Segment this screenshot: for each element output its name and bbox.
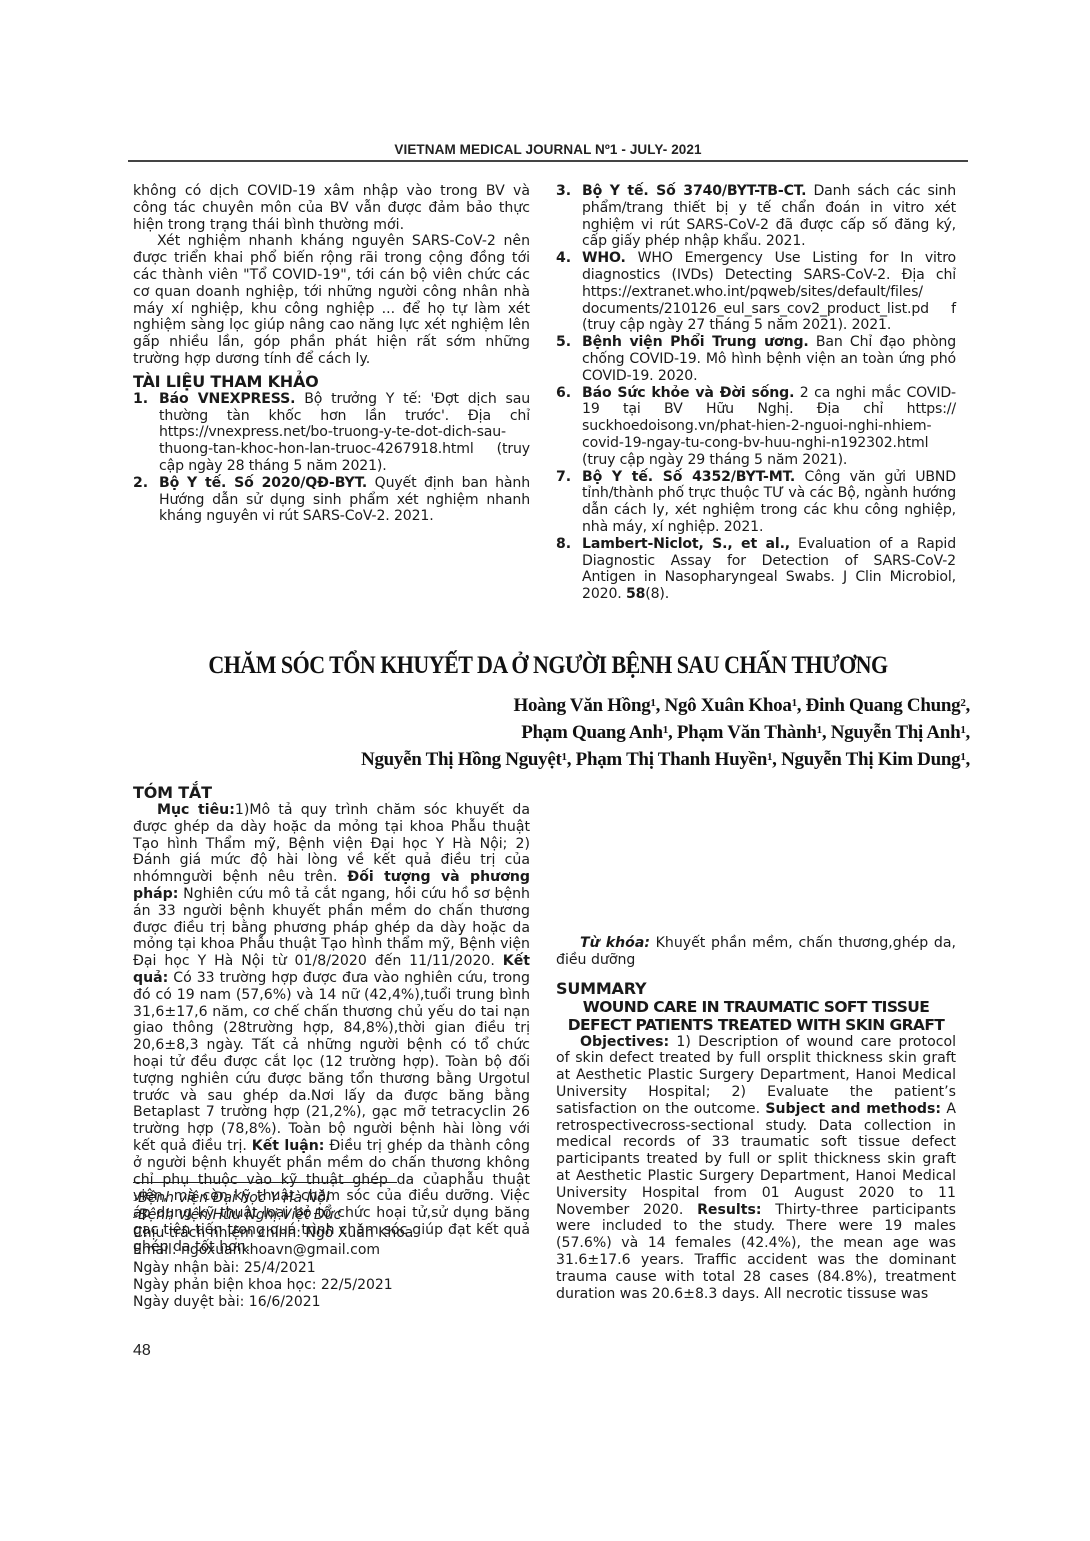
references-list: 3. Bộ Y tế. Số 3740/BYT-TB-CT. Danh sách… [556, 183, 956, 603]
affiliation-mark: 1 [562, 751, 567, 763]
affiliation-footnote: 2Bệnh viện Hữu Nghị Việt Đức [133, 1207, 533, 1224]
footnotes: 1Bệnh viện Đại học Y Hà Nội 2Bệnh viện H… [133, 1190, 533, 1312]
reference-item: 4. WHO. WHO Emergency Use Listing for In… [556, 250, 956, 334]
reference-item: 2. Bộ Y tế. Số 2020/QĐ-BYT. Quyết định b… [133, 475, 530, 525]
author-name: Ngô Xuân Khoa [665, 695, 792, 716]
reference-author: Lambert-Niclot, S., et al., [582, 536, 790, 552]
affiliation-text: Bệnh viện Đại học Y Hà Nội [138, 1190, 329, 1206]
email: Email: ngoxuankhoavn@gmail.com [133, 1242, 533, 1259]
body-paragraph: Xét nghiệm nhanh kháng nguyên SARS-CoV-2… [133, 233, 530, 367]
date-reviewed: Ngày phản biện khoa học: 22/5/2021 [133, 1277, 533, 1294]
date-received: Ngày nhận bài: 25/4/2021 [133, 1260, 533, 1277]
affiliation-mark: 1 [960, 751, 965, 763]
reference-item: 7. Bộ Y tế. Số 4352/BYT-MT. Công văn gửi… [556, 469, 956, 536]
reference-number: 6. [556, 385, 582, 469]
english-title-line: DEFECT PATIENTS TREATED WITH SKIN GRAFT [556, 1016, 956, 1034]
results-text: Có 33 trường hợp được đưa vào nghiên cứu… [133, 970, 530, 1154]
reference-author: Báo Sức khỏe và Đời sống. [582, 385, 794, 401]
reference-item: 6. Báo Sức khỏe và Đời sống. 2 ca nghi m… [556, 385, 956, 469]
affiliation-mark: 1 [650, 697, 655, 709]
reference-item: 8. Lambert-Niclot, S., et al., Evaluatio… [556, 536, 956, 603]
reference-item: 5. Bệnh viện Phổi Trung ương. Ban Chỉ đạ… [556, 334, 956, 384]
reference-author: Bộ Y tế. Số 3740/BYT-TB-CT. [582, 183, 806, 199]
summary-heading: SUMMARY [556, 979, 956, 998]
affiliation-mark: 1 [792, 697, 797, 709]
abstract-vi-column: TÓM TẮT Mục tiêu:1)Mô tả quy trình chăm … [133, 783, 530, 1256]
abstract-en-paragraph: Objectives: 1) Description of wound care… [556, 1034, 956, 1303]
affiliation-footnote: 1Bệnh viện Đại học Y Hà Nội [133, 1190, 533, 1207]
reference-author: WHO. [582, 250, 626, 266]
author-name: Phạm Quang Anh [521, 722, 663, 743]
author-name: Nguyễn Thị Hồng Nguyệt [361, 749, 562, 770]
running-header: VIETNAM MEDICAL JOURNAL Nº1 - JULY- 2021 [128, 142, 968, 162]
reference-author: Bộ Y tế. Số 4352/BYT-MT. [582, 469, 795, 485]
body-paragraph: không có dịch COVID-19 xâm nhập vào tron… [133, 183, 530, 233]
author-name: Đinh Quang Chung [806, 695, 961, 716]
reference-number: 5. [556, 334, 582, 384]
abstract-right-column: Từ khóa: Khuyết phần mềm, chấn thương,gh… [556, 783, 956, 1302]
reference-number: 3. [556, 183, 582, 250]
affiliation-mark: 1 [960, 724, 965, 736]
footnote-rule [133, 1182, 397, 1183]
reference-number: 8. [556, 536, 582, 603]
reference-number: 7. [556, 469, 582, 536]
article-title: CHĂM SÓC TỔN KHUYẾT DA Ở NGƯỜI BỆNH SAU … [178, 652, 917, 680]
reference-item: 3. Bộ Y tế. Số 3740/BYT-TB-CT. Danh sách… [556, 183, 956, 250]
author-list: Hoàng Văn Hồng1, Ngô Xuân Khoa1, Đinh Qu… [150, 692, 970, 773]
header-rule [128, 160, 968, 162]
keywords-label: Từ khóa: [580, 935, 650, 951]
methods-text: A retrospectivecross-sectional study. Da… [556, 1101, 956, 1218]
reference-author: Báo VNEXPRESS. [159, 391, 295, 407]
author-name: Hoàng Văn Hồng [513, 695, 650, 716]
methods-label: Subject and methods: [765, 1101, 941, 1117]
affiliation-mark: 1 [767, 751, 772, 763]
results-label: Results: [697, 1202, 761, 1218]
affiliation-mark: 1 [663, 724, 668, 736]
reference-author: Bộ Y tế. Số 2020/QĐ-BYT. [159, 475, 367, 491]
abstract-vi-heading: TÓM TẮT [133, 783, 530, 802]
author-name: Phạm Văn Thành [677, 722, 817, 743]
reference-item: 1. Báo VNEXPRESS. Bộ trưởng Y tế: 'Đợt d… [133, 391, 530, 475]
author-name: Nguyễn Thị Kim Dung [781, 749, 960, 770]
reference-author: Bệnh viện Phổi Trung ương. [582, 334, 809, 350]
reference-issue: (8). [645, 586, 669, 602]
author-name: Phạm Thị Thanh Huyền [576, 749, 767, 770]
date-accepted: Ngày duyệt bài: 16/6/2021 [133, 1294, 533, 1311]
references-list: 1. Báo VNEXPRESS. Bộ trưởng Y tế: 'Đợt d… [133, 391, 530, 525]
references-heading: TÀI LIỆU THAM KHẢO [133, 372, 530, 391]
reference-number: 2. [133, 475, 159, 525]
reference-number: 1. [133, 391, 159, 475]
objective-label: Mục tiêu: [157, 802, 235, 818]
conclusion-label: Kết luận: [252, 1138, 325, 1154]
reference-number: 4. [556, 250, 582, 334]
affiliation-mark: 2 [960, 697, 965, 709]
english-title-line: WOUND CARE IN TRAUMATIC SOFT TISSUE [556, 998, 956, 1016]
keywords-paragraph: Từ khóa: Khuyết phần mềm, chấn thương,gh… [556, 935, 956, 969]
author-name: Nguyễn Thị Anh [831, 722, 961, 743]
affiliation-mark: 1 [817, 724, 822, 736]
reference-volume: 58 [626, 586, 645, 602]
previous-article-right-column: 3. Bộ Y tế. Số 3740/BYT-TB-CT. Danh sách… [556, 183, 956, 603]
affiliation-text: Bệnh viện Hữu Nghị Việt Đức [138, 1207, 341, 1223]
methods-text: Nghiên cứu mô tả cắt ngang, hồi cứu hồ s… [133, 886, 530, 969]
objectives-label: Objectives: [580, 1034, 669, 1050]
page-number: 48 [133, 1342, 151, 1360]
reference-text: WHO Emergency Use Listing for In vitro d… [582, 250, 956, 333]
previous-article-left-column: không có dịch COVID-19 xâm nhập vào tron… [133, 183, 530, 525]
corresponding-author: Chịu trách nhiệm chính: Ngô Xuân Khoa [133, 1225, 533, 1242]
abstract-vi-paragraph: Mục tiêu:1)Mô tả quy trình chăm sóc khuy… [133, 802, 530, 1256]
journal-page: VIETNAM MEDICAL JOURNAL Nº1 - JULY- 2021… [0, 0, 1090, 1541]
